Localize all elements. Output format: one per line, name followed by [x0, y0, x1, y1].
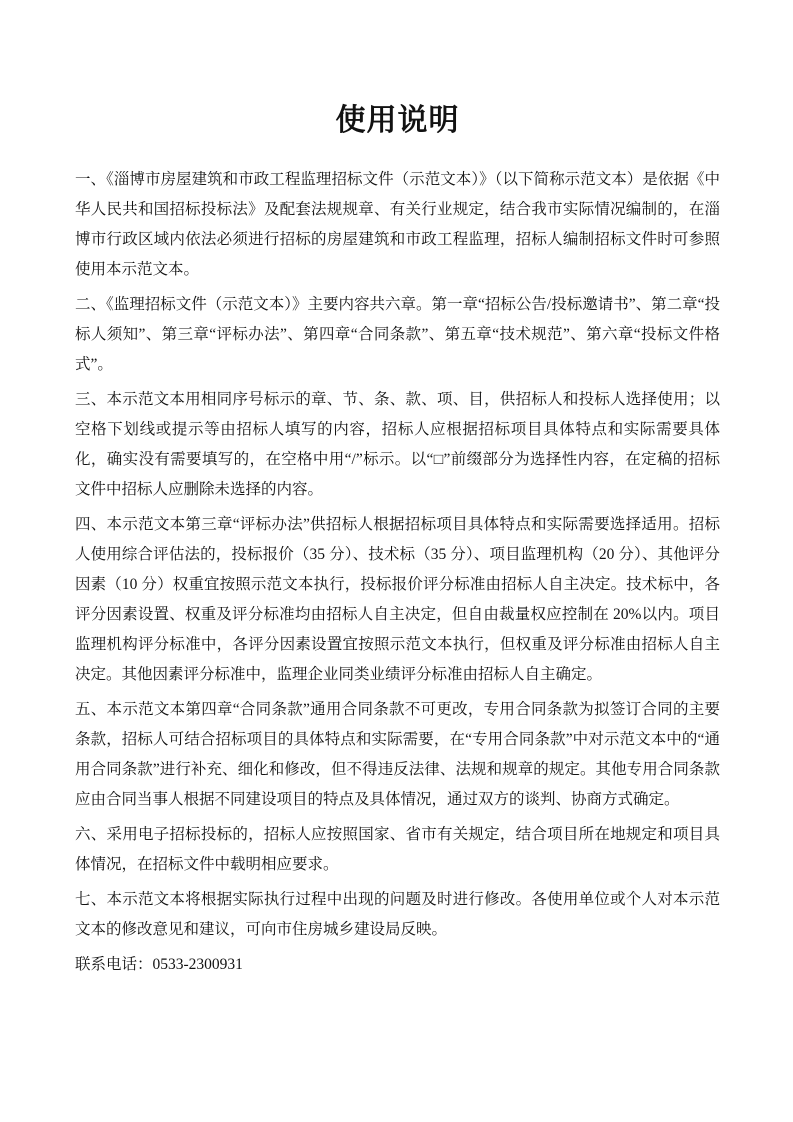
paragraph-4: 四、本示范文本第三章“评标办法”供招标人根据招标项目具体特点和实际需要选择适用。… — [75, 510, 720, 690]
paragraph-2: 二、《监理招标文件（示范文本）》主要内容共六章。第一章“招标公告/投标邀请书”、… — [75, 290, 720, 380]
paragraph-5: 五、本示范文本第四章“合同条款”通用合同条款不可更改，专用合同条款为拟签订合同的… — [75, 695, 720, 815]
paragraph-3: 三、本示范文本用相同序号标示的章、节、条、款、项、目，供招标人和投标人选择使用；… — [75, 385, 720, 505]
paragraph-7: 七、本示范文本将根据实际执行过程中出现的问题及时进行修改。各使用单位或个人对本示… — [75, 885, 720, 945]
page-title: 使用说明 — [75, 103, 720, 139]
paragraph-6: 六、采用电子招标投标的，招标人应按照国家、省市有关规定，结合项目所在地规定和项目… — [75, 820, 720, 880]
document-body: 一、《淄博市房屋建筑和市政工程监理招标文件（示范文本）》（以下简称示范文本）是依… — [75, 165, 720, 980]
contact-phone: 联系电话：0533-2300931 — [75, 950, 720, 980]
paragraph-1: 一、《淄博市房屋建筑和市政工程监理招标文件（示范文本）》（以下简称示范文本）是依… — [75, 165, 720, 285]
document-page: 使用说明 一、《淄博市房屋建筑和市政工程监理招标文件（示范文本）》（以下简称示范… — [0, 0, 793, 1122]
